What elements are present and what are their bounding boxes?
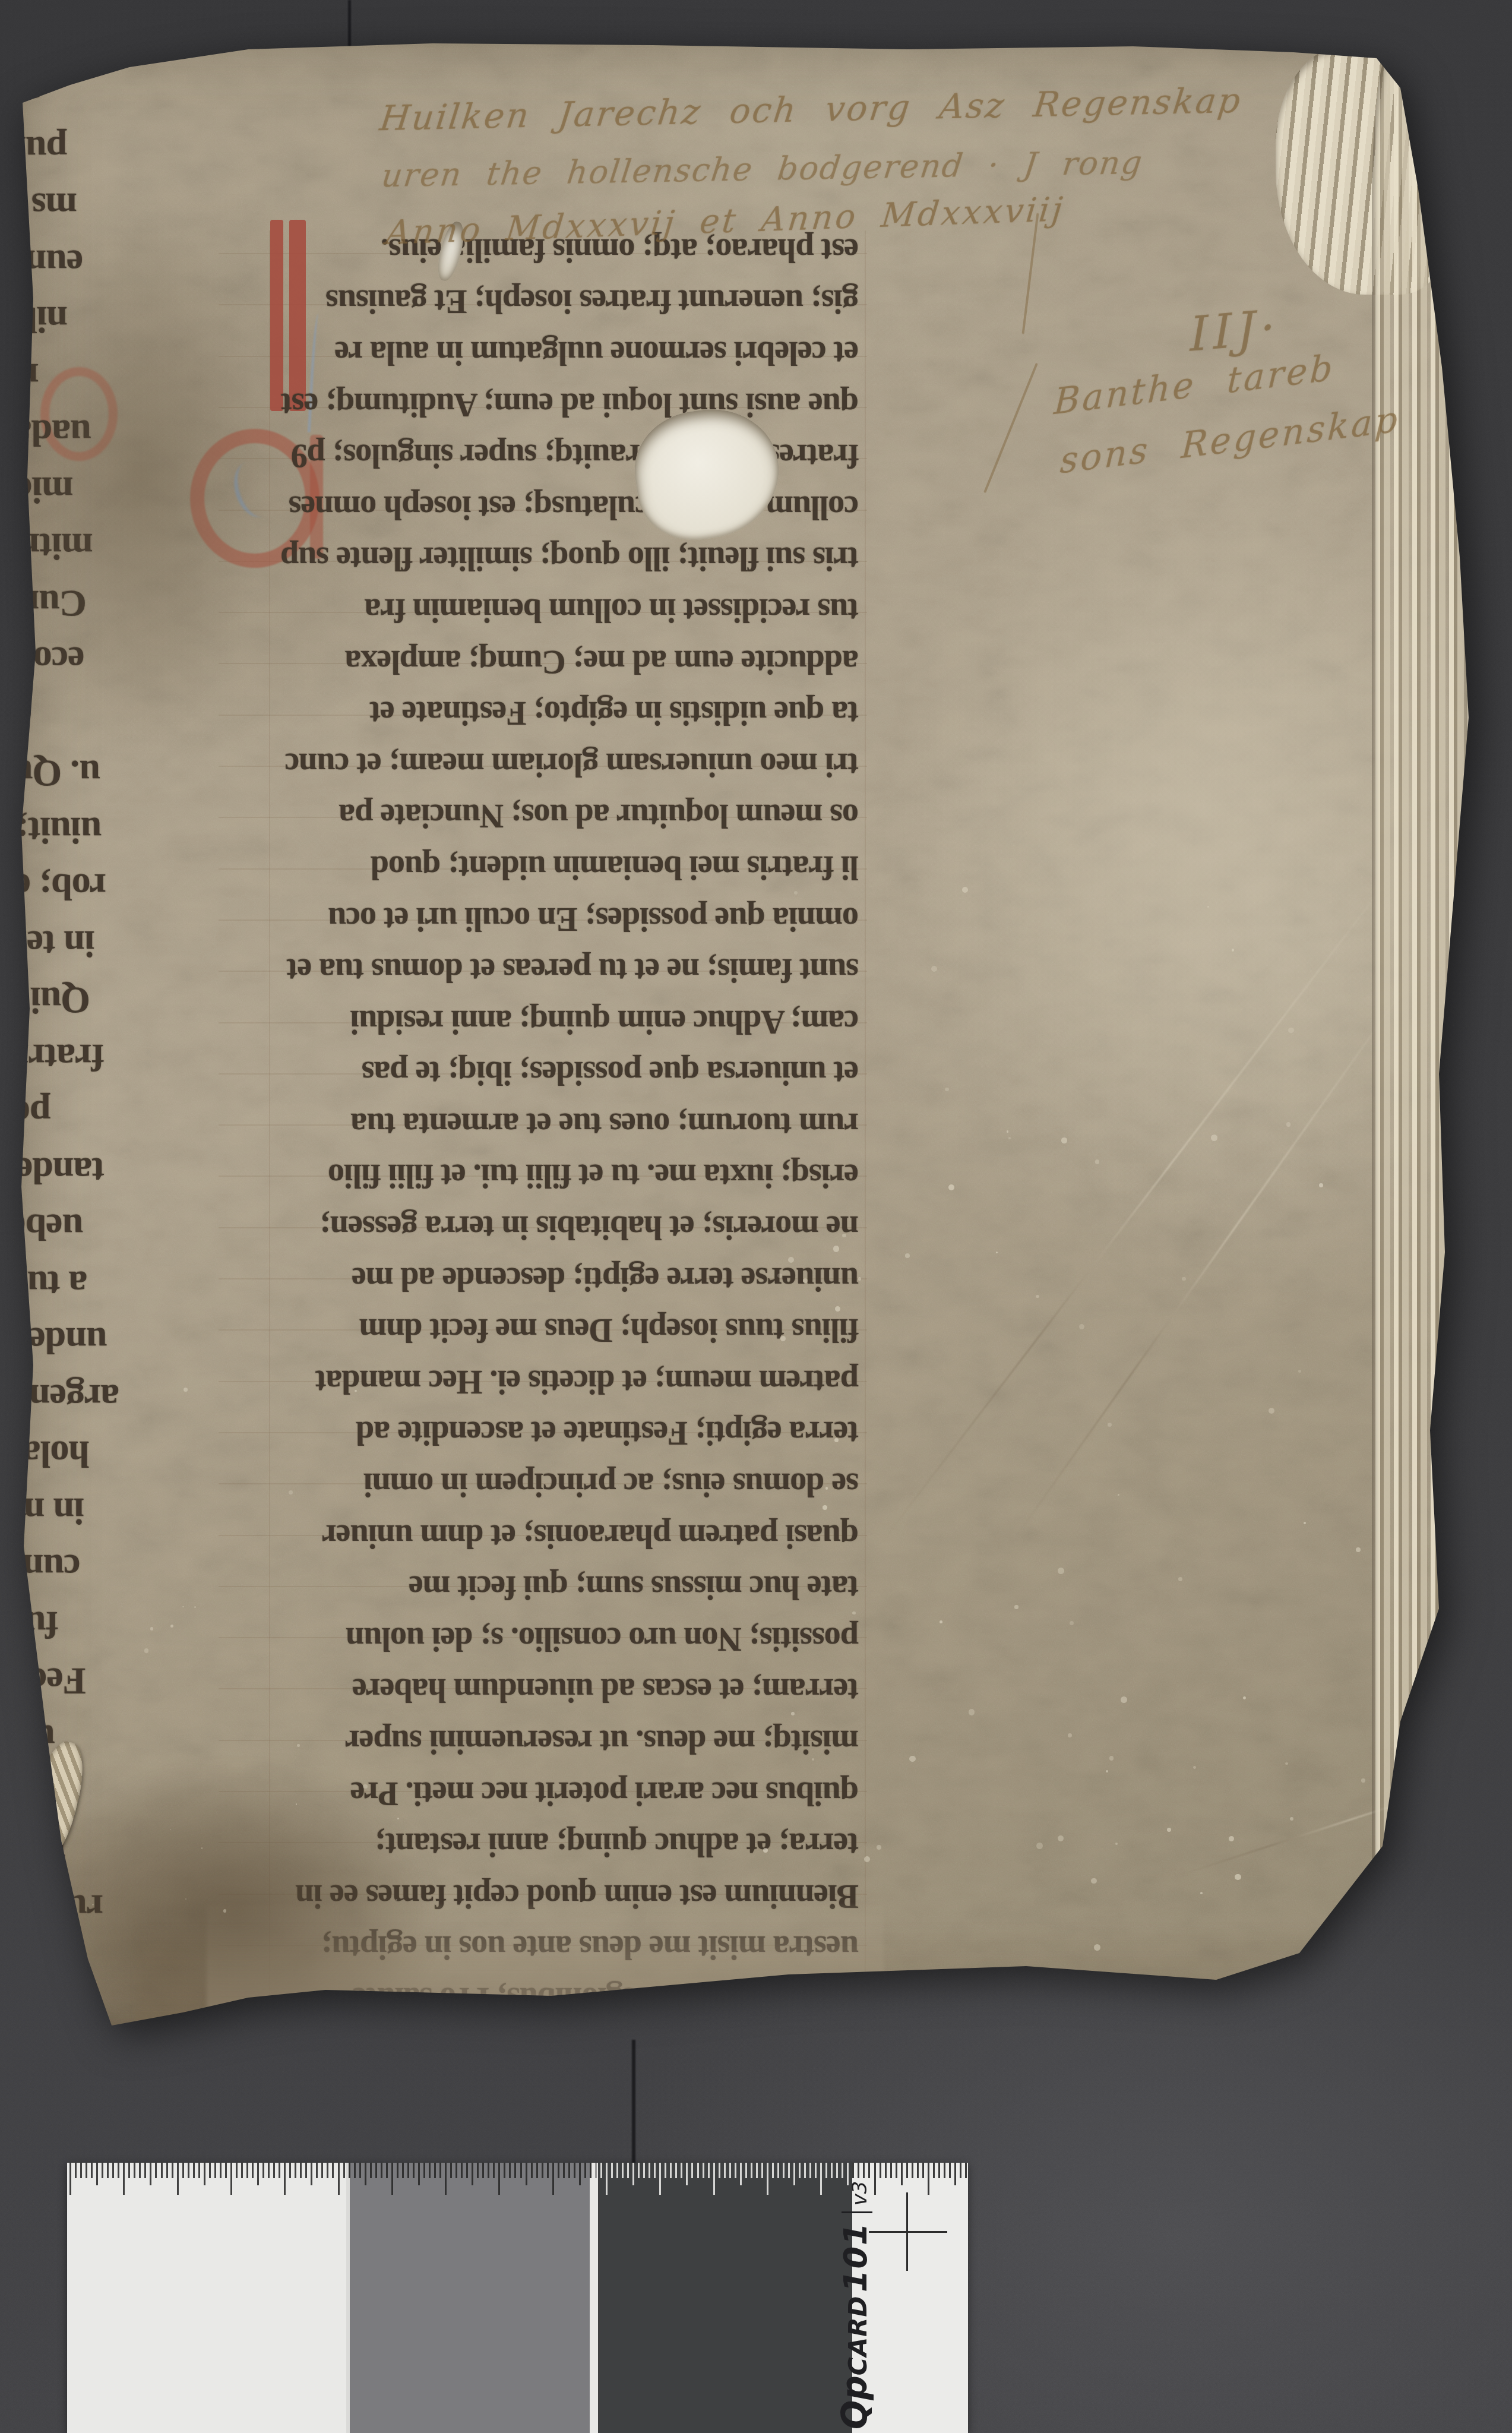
- ruler-tick: [804, 2163, 806, 2178]
- ruler-tick: [161, 2163, 163, 2178]
- ruler-tick: [584, 2163, 586, 2178]
- speck: [297, 1744, 299, 1746]
- speck: [1193, 1766, 1196, 1769]
- ruler-tick: [381, 2163, 382, 2178]
- ruler-tick: [740, 2163, 742, 2185]
- card-brand-prefix: Qp: [834, 2375, 875, 2429]
- ruler-tick: [279, 2163, 280, 2178]
- ruler-tick: [204, 2163, 205, 2185]
- main-line: tate huc missus sum; qui fecit me: [229, 1562, 859, 1613]
- ruler-tick: [842, 2163, 843, 2178]
- ruler-tick: [793, 2163, 795, 2185]
- main-line: et uniuersa que possides; ibiq; te pas: [229, 1047, 859, 1099]
- ruler-tick: [295, 2163, 296, 2178]
- ruler-tick: [262, 2163, 264, 2178]
- main-line: tris sui fleuit; illo quoq; similiter fl…: [229, 533, 859, 584]
- ruler-tick: [504, 2163, 505, 2178]
- speck: [1095, 1159, 1099, 1164]
- ruler-tick: [783, 2163, 785, 2178]
- ruler-tick: [611, 2163, 613, 2178]
- ruler-tick: [166, 2163, 168, 2178]
- ruler-tick: [225, 2163, 227, 2178]
- main-line: uniuerse terre egipti; descende ad me: [229, 1253, 859, 1304]
- speck: [1298, 1370, 1301, 1373]
- ruler-tick: [777, 2163, 779, 2178]
- main-line: terram; et escas ad uiuendum habere: [229, 1664, 859, 1716]
- ruler-tick: [144, 2163, 146, 2178]
- speck: [780, 1336, 786, 1341]
- pen-stroke-2: [983, 363, 1038, 493]
- ruler-tick: [182, 2163, 184, 2178]
- card-label: QpCARD 101v3: [852, 2163, 968, 2433]
- ruler-tick: [719, 2163, 720, 2178]
- ruler-tick: [155, 2163, 157, 2178]
- ruler-tick: [574, 2163, 575, 2178]
- speck: [1229, 1836, 1234, 1841]
- ruler-tick: [198, 2163, 200, 2178]
- ruler-tick: [461, 2163, 463, 2178]
- speck: [777, 1274, 782, 1278]
- ruler-tick: [284, 2163, 286, 2195]
- ruler-tick: [423, 2163, 425, 2178]
- card-brand-body: CARD: [843, 2296, 872, 2376]
- speck: [1182, 1277, 1186, 1281]
- ruler-tick: [236, 2163, 238, 2178]
- speck: [940, 1620, 942, 1623]
- speck: [1361, 1778, 1365, 1783]
- ruler-tick: [150, 2163, 151, 2185]
- main-line: uestra misit me deus ante uos in egiptu;: [229, 1922, 859, 1973]
- ruler-tick: [472, 2163, 473, 2185]
- speck: [1211, 1135, 1217, 1141]
- ruler-tick: [536, 2163, 538, 2178]
- speck: [858, 1277, 861, 1280]
- ruler-tick: [809, 2163, 811, 2178]
- main-line: sunt famis; ne et tu pereas et domus tua…: [229, 944, 859, 996]
- main-line: terra; et adhuc quinq; anni restant;: [229, 1819, 859, 1870]
- main-line: ta que uidistis in egipto; Festinate et: [229, 687, 859, 739]
- ruler-tick: [241, 2163, 243, 2178]
- parchment-leaf-wrapper: a. adhiburum uel conpren urmne dimittaui…: [17, 34, 1475, 2026]
- ruler-tick: [349, 2163, 350, 2178]
- ruler-tick: [172, 2163, 173, 2178]
- main-line: terra egipti; Festinate et ascendite ad: [229, 1407, 859, 1459]
- ruler-tick: [332, 2163, 334, 2178]
- main-line: erisq; iuxta me. tu et filii tui. et fil…: [229, 1150, 859, 1202]
- ruler-tick: [649, 2163, 650, 2178]
- speck: [1008, 1137, 1011, 1139]
- ruler-tick: [418, 2163, 420, 2185]
- ruler-tick: [606, 2163, 608, 2195]
- speck: [1036, 1843, 1043, 1849]
- ruler-tick: [799, 2163, 801, 2178]
- ruler-tick: [627, 2163, 629, 2178]
- ruler-tick: [86, 2163, 87, 2178]
- ruler-tick: [520, 2163, 522, 2178]
- speck: [931, 966, 937, 972]
- main-line: et celebri sermone uulgatum in aula re: [229, 327, 859, 378]
- card-model: 101: [837, 2222, 874, 2292]
- ruler-tick: [273, 2163, 275, 2178]
- ruler-tick: [498, 2163, 500, 2195]
- speck: [397, 1818, 399, 1819]
- ruler-tick: [112, 2163, 114, 2178]
- ruler-tick: [836, 2163, 838, 2178]
- ruler-tick: [632, 2163, 634, 2185]
- ruler-tick: [493, 2163, 495, 2178]
- ruler-tick: [391, 2163, 393, 2195]
- loose-string: [65, 1986, 124, 2084]
- ruler-tick: [311, 2163, 312, 2185]
- ruler-tick: [128, 2163, 130, 2178]
- speck: [223, 1909, 227, 1913]
- ruler-tick: [300, 2163, 302, 2178]
- speck: [1232, 949, 1234, 951]
- parchment-leaf: a. adhiburum uel conpren urmne dimittaui…: [17, 34, 1475, 2026]
- card-patch-white: [67, 2163, 346, 2433]
- speck: [834, 922, 837, 924]
- ruler-tick: [429, 2163, 431, 2178]
- speck: [803, 1278, 808, 1283]
- pen-stroke-1: [1022, 213, 1039, 334]
- ruler-tick: [370, 2163, 372, 2178]
- cloth-seam-bottom: [632, 2040, 635, 2163]
- speck: [825, 1487, 828, 1490]
- ruler-tick: [531, 2163, 533, 2178]
- ruler-tick: [102, 2163, 103, 2178]
- ruler-tick: [354, 2163, 356, 2178]
- card-patch-dark-gray: [598, 2163, 852, 2433]
- speck: [1288, 1028, 1293, 1033]
- speck: [948, 1184, 954, 1190]
- crease-diagonal-1: [879, 861, 1403, 1546]
- ruler-tick: [402, 2163, 404, 2178]
- ruler-tick: [439, 2163, 441, 2178]
- ruler-tick: [659, 2163, 661, 2195]
- ruler-tick: [80, 2163, 82, 2178]
- main-line: filius tuus ioseph; Deus me fecit dnm: [229, 1304, 859, 1356]
- ruler-tick: [568, 2163, 570, 2178]
- speck: [1070, 1621, 1074, 1625]
- speck: [1068, 1733, 1072, 1737]
- crumpled-fore-edge: [1372, 51, 1476, 1988]
- ruler-tick: [697, 2163, 699, 2178]
- ruler-tick: [321, 2163, 323, 2178]
- ruler-tick: [681, 2163, 682, 2178]
- main-line: quibus nec arari poterit nec meti. Pre: [229, 1767, 859, 1819]
- annotation-top-line-1: Huilken Jarechz och vorg Asz Regenskap: [378, 80, 1244, 139]
- card-label-divider: [842, 2211, 872, 2213]
- ruler-tick: [91, 2163, 93, 2178]
- ruler-tick: [327, 2163, 328, 2178]
- ruler-tick: [134, 2163, 135, 2178]
- ruler-tick: [616, 2163, 618, 2178]
- speck: [864, 1856, 870, 1862]
- speck: [1178, 1577, 1182, 1581]
- main-line: omnia que possides; En oculi uri et ocu: [229, 893, 859, 944]
- ruler-tick: [622, 2163, 624, 2178]
- ruler-tick: [600, 2163, 602, 2178]
- ruler-tick: [177, 2163, 179, 2195]
- ruler-tick: [75, 2163, 77, 2178]
- ruler-tick: [670, 2163, 672, 2178]
- main-line: possitis; Non uro consilio. s; dei uolun: [229, 1613, 859, 1664]
- ruler-tick: [686, 2163, 688, 2185]
- speck: [1121, 1696, 1127, 1703]
- ruler-tick: [590, 2163, 591, 2178]
- ruler-tick: [772, 2163, 774, 2178]
- speck: [150, 1627, 153, 1630]
- ruler-tick: [691, 2163, 693, 2178]
- speck: [877, 1845, 881, 1850]
- ruler-tick: [209, 2163, 211, 2178]
- speck: [1207, 906, 1209, 908]
- ruler-tick: [268, 2163, 270, 2178]
- card-patch-mid-gray: [350, 2163, 590, 2433]
- speck: [1036, 1295, 1039, 1298]
- ruler-tick: [413, 2163, 415, 2178]
- ruler-tick: [595, 2163, 597, 2178]
- ruler-tick: [434, 2163, 436, 2178]
- speck: [763, 1848, 768, 1853]
- speck: [1167, 1828, 1171, 1832]
- speck: [909, 1756, 915, 1762]
- speck: [1108, 1423, 1112, 1427]
- speck: [996, 1252, 998, 1253]
- speck: [962, 887, 968, 893]
- ruler-tick: [338, 2163, 340, 2195]
- main-line: os meum loquitur ad uos; Nunciate pa: [229, 790, 859, 842]
- speck: [791, 1712, 795, 1715]
- speck: [1106, 1770, 1108, 1772]
- annotation-top-line-2: uren the hollensche bodgerend · J rong: [379, 144, 1145, 195]
- ruler-tick: [724, 2163, 726, 2178]
- ruler-tick: [257, 2163, 259, 2185]
- ruler-tick: [375, 2163, 377, 2178]
- speck: [201, 1847, 203, 1849]
- ruler-tick: [643, 2163, 645, 2178]
- ruler-tick: [665, 2163, 666, 2178]
- ruler-tick: [305, 2163, 307, 2178]
- ruler-tick: [552, 2163, 554, 2195]
- crease-diagonal-2: [1010, 972, 1416, 1546]
- ruler-tick: [289, 2163, 291, 2178]
- speck: [852, 1612, 855, 1614]
- rule-line: [219, 2047, 867, 2049]
- ruler-tick: [118, 2163, 119, 2178]
- ruler-tick: [745, 2163, 747, 2178]
- ruler-tick: [514, 2163, 516, 2178]
- speck: [1118, 1494, 1119, 1496]
- speck: [1356, 1547, 1361, 1552]
- ruler-tick: [526, 2163, 527, 2185]
- speck: [1285, 1762, 1288, 1765]
- main-line: que ausi sunt loqui ad eum; Auditumq; es…: [229, 378, 859, 430]
- rule-line: [219, 1996, 867, 1997]
- speck: [363, 1784, 367, 1789]
- ruler-tick: [365, 2163, 366, 2185]
- main-line: cam; Adhuc enim quinq; anni residui: [229, 996, 859, 1047]
- main-line: se domus eius; ac principem in omni: [229, 1458, 859, 1510]
- ruler-tick: [820, 2163, 822, 2195]
- ruler-tick: [214, 2163, 216, 2178]
- speck: [1109, 1756, 1114, 1760]
- ruler-tick: [450, 2163, 452, 2178]
- main-line: Biennium est enim quod cepit fames ee in: [229, 1870, 859, 1922]
- ruler-tick: [654, 2163, 656, 2178]
- ruler-tick: [751, 2163, 752, 2178]
- ruler-tick: [638, 2163, 640, 2178]
- speck: [1269, 1408, 1274, 1414]
- speck: [1091, 1878, 1097, 1884]
- main-line: rum tuorum; oues tue et armenta tua: [229, 1098, 859, 1150]
- ruler-tick: [509, 2163, 511, 2178]
- card-label-text: QpCARD 101v3: [834, 2181, 875, 2429]
- speck: [823, 1505, 827, 1510]
- card-version: v3: [848, 2181, 872, 2206]
- ruler-tick: [188, 2163, 189, 2178]
- main-line: tus recidisset in collum beniamin fra: [229, 584, 859, 636]
- ruler-tick: [386, 2163, 388, 2178]
- speck: [1061, 1137, 1067, 1143]
- speck: [835, 1306, 840, 1312]
- speck: [144, 1648, 148, 1652]
- ruler-tick: [69, 2163, 71, 2195]
- photo-stage: a. adhiburum uel conpren urmne dimittaui…: [0, 0, 1512, 2433]
- main-line: gis; uenerunt fratres ioseph; Et gauisus: [229, 276, 859, 327]
- speck: [905, 1253, 910, 1258]
- ruler-tick: [756, 2163, 758, 2178]
- ruler-tick: [558, 2163, 559, 2178]
- ruler-tick: [343, 2163, 345, 2178]
- calibration-card: QpCARD 101v3: [67, 2163, 968, 2433]
- main-line: patrem meum; et dicetis ei. Hec mandat: [229, 1355, 859, 1407]
- ruler-tick: [708, 2163, 710, 2178]
- ruler-tick: [542, 2163, 543, 2178]
- ruler-tick: [407, 2163, 409, 2178]
- speck: [1007, 1130, 1008, 1132]
- ruler-tick: [246, 2163, 248, 2178]
- ruler-tick: [547, 2163, 549, 2178]
- card-separator-2: [590, 2163, 598, 2433]
- frag-line: pulsonem: [0, 122, 272, 179]
- ruler-tick: [445, 2163, 447, 2195]
- margin-numeral: IIJ·: [1189, 299, 1280, 362]
- ruler-tick: [477, 2163, 479, 2178]
- speck: [355, 1390, 356, 1392]
- ruler-tick: [729, 2163, 731, 2178]
- ruler-tick: [815, 2163, 817, 2178]
- main-line: adducite eum ad me; Cumq; amplexa: [229, 636, 859, 687]
- main-line: ne moreris; et habitabis in terra gessen…: [229, 1202, 859, 1253]
- ruler-tick: [193, 2163, 195, 2178]
- speck: [1235, 1874, 1241, 1881]
- ruler-tick: [579, 2163, 581, 2185]
- speck: [1200, 1892, 1203, 1894]
- ruler-tick: [675, 2163, 677, 2178]
- main-line: tri meo uniuersam gloriam meam; et cunc: [229, 738, 859, 790]
- speck: [1079, 1324, 1084, 1329]
- ruler-tick: [488, 2163, 489, 2178]
- ruler-tick: [123, 2163, 125, 2195]
- ruler-tick: [482, 2163, 484, 2178]
- speck: [1014, 1605, 1018, 1609]
- ruler-tick: [139, 2163, 141, 2178]
- ruler-tick: [788, 2163, 790, 2178]
- ruler-tick: [767, 2163, 768, 2195]
- ruler-tick: [107, 2163, 109, 2178]
- speck: [1319, 1183, 1323, 1187]
- main-line: li fratris mei beniamin uident; quod: [229, 841, 859, 893]
- main-line: quasi patrem pharaonis; et dnm uniuer: [229, 1510, 859, 1562]
- speck: [1115, 1843, 1118, 1845]
- speck: [1243, 1696, 1246, 1699]
- ruler-tick: [703, 2163, 704, 2178]
- ruler-tick: [397, 2163, 398, 2178]
- speck: [1094, 1944, 1100, 1951]
- speck: [1286, 1122, 1290, 1126]
- ruler-tick: [735, 2163, 736, 2178]
- speck: [969, 1709, 975, 1715]
- ruler-tick: [456, 2163, 457, 2178]
- ruler-tick: [316, 2163, 318, 2178]
- ruler-tick: [563, 2163, 565, 2178]
- ruler-tick: [96, 2163, 98, 2185]
- speck: [1304, 1522, 1307, 1525]
- speck: [185, 1898, 186, 1900]
- speck: [1290, 1817, 1293, 1821]
- ruler-tick: [713, 2163, 715, 2195]
- ruler-tick: [220, 2163, 222, 2178]
- ruler-tick: [252, 2163, 254, 2178]
- speck: [945, 1088, 948, 1091]
- main-line: misitq; me deus. ut reseruemini super: [229, 1715, 859, 1767]
- speck: [1058, 1568, 1064, 1574]
- speck: [1058, 1835, 1064, 1841]
- speck: [794, 891, 798, 895]
- ruler-tick: [230, 2163, 232, 2195]
- rule-line-vertical: [865, 230, 866, 2018]
- ruler-tick: [825, 2163, 827, 2178]
- ruler-tick: [466, 2163, 468, 2178]
- ruler-tick: [359, 2163, 361, 2178]
- frag-line: em tibi l: [0, 65, 272, 122]
- ruler-tick: [831, 2163, 833, 2178]
- ruler-tick: [761, 2163, 763, 2178]
- main-line: distis me in his regionibus; Pro salute: [229, 1973, 859, 2024]
- crease-corner: [1175, 1773, 1492, 1878]
